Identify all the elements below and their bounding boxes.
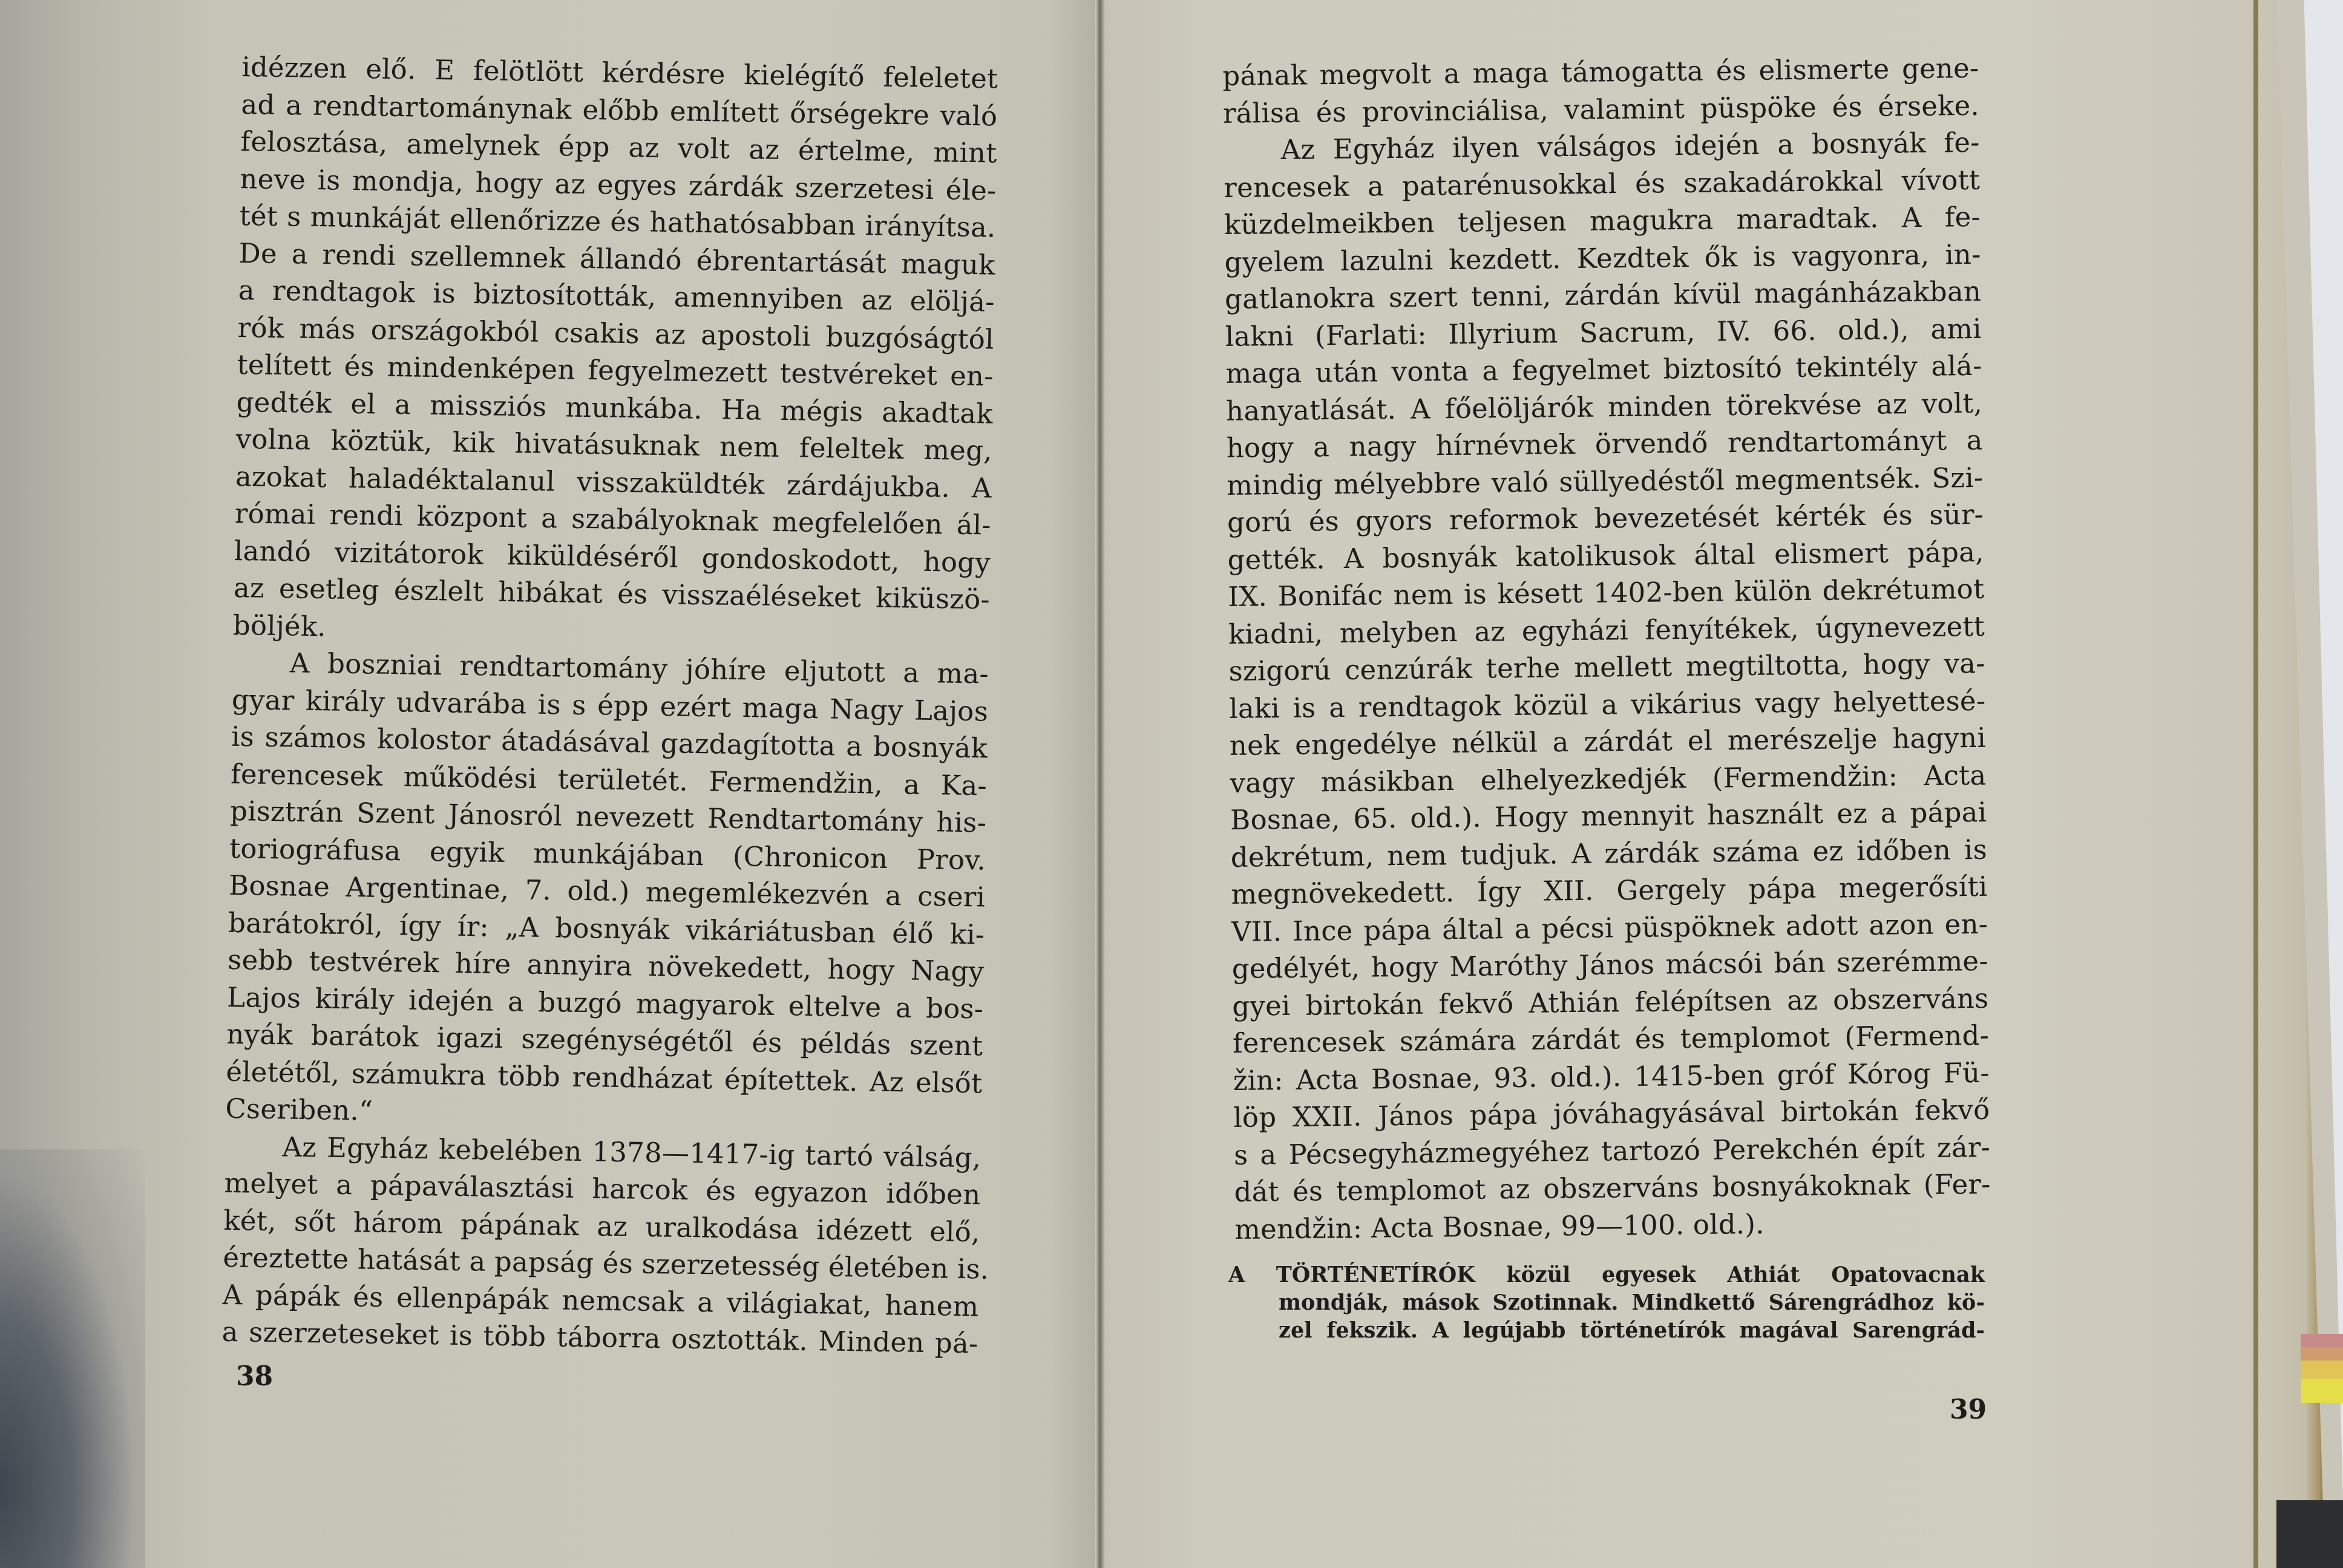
background-stripe-pink <box>2301 1334 2343 1347</box>
background-stripe-yellow <box>2301 1379 2343 1403</box>
page-number-right: 39 <box>1950 1394 1987 1425</box>
book-gutter <box>1096 0 1105 1568</box>
book-spread: idézzen elő. E felötlött kérdésre kielég… <box>0 0 2343 1568</box>
background-stripe-gold <box>2301 1361 2343 1379</box>
background-stripe-orange <box>2301 1347 2343 1361</box>
thumb-shadow <box>0 1149 145 1568</box>
page-number-left: 38 <box>236 1361 273 1392</box>
right-page-edge <box>2253 0 2258 1568</box>
footnote-line: mondják, mások Szotinnak. Mindkettő Sáre… <box>1228 1289 1985 1317</box>
left-page-body: idézzen elő. E felötlött kérdésre kielég… <box>221 48 998 1362</box>
right-page-body: pának megvolt a maga támogatta és elisme… <box>1222 50 1991 1248</box>
footnote-line: A TÖRTÉNETÍRÓK közül egyesek Athiát Opat… <box>1228 1261 1985 1289</box>
footnote-line: zel fekszik. A legújabb történetírók mag… <box>1228 1317 1985 1345</box>
text-line: mendžin: Acta Bosnae, 99—100. old.). <box>1234 1203 1991 1248</box>
background-dark-corner <box>2276 1500 2343 1568</box>
text-line: dát és templomot az obszerváns bosnyákok… <box>1234 1166 1991 1211</box>
footnote: A TÖRTÉNETÍRÓK közül egyesek Athiát Opat… <box>1228 1261 1985 1345</box>
